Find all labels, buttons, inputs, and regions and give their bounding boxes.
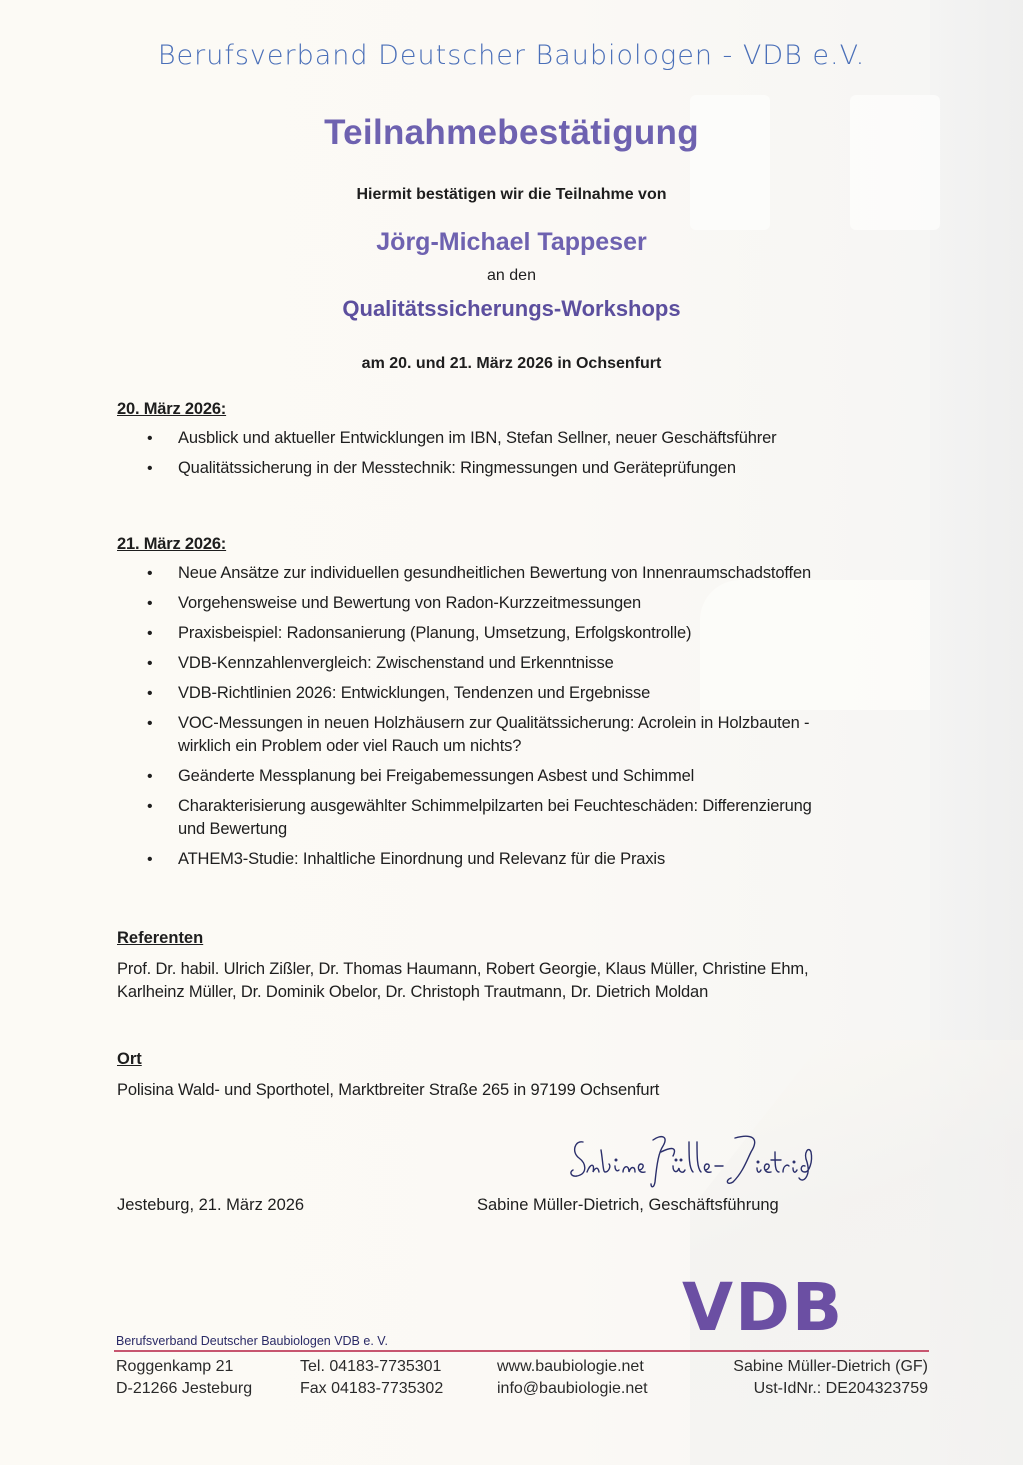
fax-number: Fax 04183-7735302: [300, 1378, 443, 1400]
location-section: Ort Polisina Wald- und Sporthotel, Markt…: [117, 1050, 817, 1102]
day-section-1: 20. März 2026: Ausblick und aktueller En…: [117, 400, 837, 487]
topic-item: Neue Ansätze zur individuellen gesundhei…: [117, 562, 837, 585]
certificate-document: Berufsverband Deutscher Baubiologen - VD…: [0, 0, 1023, 1465]
topic-item: VOC-Messungen in neuen Holzhäusern zur Q…: [117, 712, 837, 758]
footer-phone-fax: Tel. 04183-7735301 Fax 04183-7735302: [300, 1356, 443, 1400]
topic-item: Praxisbeispiel: Radonsanierung (Planung,…: [117, 622, 837, 645]
vat-id: Ust-IdNr.: DE204323759: [680, 1378, 928, 1400]
organization-header: Berufsverband Deutscher Baubiologen - VD…: [0, 40, 1023, 71]
address-street: Roggenkamp 21: [116, 1356, 252, 1378]
vdb-logo: VDB: [682, 1275, 844, 1341]
topic-item: Ausblick und aktueller Entwicklungen im …: [117, 427, 837, 450]
location-text: Polisina Wald- und Sporthotel, Marktbrei…: [117, 1079, 817, 1102]
day-heading: 20. März 2026:: [117, 400, 837, 419]
topic-item: ATHEM3-Studie: Inhaltliche Einordnung un…: [117, 848, 837, 871]
topic-item: Vorgehensweise und Bewertung von Radon-K…: [117, 592, 837, 615]
handwritten-signature: [565, 1122, 825, 1192]
topic-item: VDB-Richtlinien 2026: Entwicklungen, Ten…: [117, 682, 837, 705]
topic-item: Geänderte Messplanung bei Freigabemessun…: [117, 765, 837, 788]
speakers-list: Prof. Dr. habil. Ulrich Zißler, Dr. Thom…: [117, 958, 817, 1004]
topic-item: Charakterisierung ausgewählter Schimmelp…: [117, 795, 837, 841]
footer-divider: [114, 1350, 929, 1352]
connector-text: an den: [0, 267, 1023, 285]
confirmation-line: Hiermit bestätigen wir die Teilnahme von: [0, 186, 1023, 204]
address-city: D-21266 Jesteburg: [116, 1378, 252, 1400]
footer-organization: Berufsverband Deutscher Baubiologen VDB …: [116, 1334, 388, 1348]
topic-item: VDB-Kennzahlenvergleich: Zwischenstand u…: [117, 652, 837, 675]
phone-number: Tel. 04183-7735301: [300, 1356, 443, 1378]
topic-list: Ausblick und aktueller Entwicklungen im …: [117, 427, 837, 480]
topic-item: Qualitätssicherung in der Messtechnik: R…: [117, 457, 837, 480]
website-link[interactable]: www.baubiologie.net: [497, 1356, 648, 1378]
day-heading: 21. März 2026:: [117, 535, 837, 554]
footer-address: Roggenkamp 21 D-21266 Jesteburg: [116, 1356, 252, 1400]
event-title: Qualitätssicherungs-Workshops: [0, 296, 1023, 322]
footer-management: Sabine Müller-Dietrich (GF) Ust-IdNr.: D…: [680, 1356, 928, 1400]
day-section-2: 21. März 2026: Neue Ansätze zur individu…: [117, 535, 837, 878]
place-and-date: Jesteburg, 21. März 2026: [117, 1196, 304, 1215]
speakers-section: Referenten Prof. Dr. habil. Ulrich Zißle…: [117, 929, 817, 1004]
location-heading: Ort: [117, 1050, 817, 1069]
signer-name: Sabine Müller-Dietrich, Geschäftsführung: [477, 1196, 779, 1215]
managing-director: Sabine Müller-Dietrich (GF): [680, 1356, 928, 1378]
document-title: Teilnahmebestätigung: [0, 113, 1023, 153]
topic-list: Neue Ansätze zur individuellen gesundhei…: [117, 562, 837, 871]
footer-web-email: www.baubiologie.net info@baubiologie.net: [497, 1356, 648, 1400]
speakers-heading: Referenten: [117, 929, 817, 948]
email-link[interactable]: info@baubiologie.net: [497, 1378, 648, 1400]
participant-name: Jörg-Michael Tappeser: [0, 228, 1023, 257]
event-date-location: am 20. und 21. März 2026 in Ochsenfurt: [0, 355, 1023, 373]
